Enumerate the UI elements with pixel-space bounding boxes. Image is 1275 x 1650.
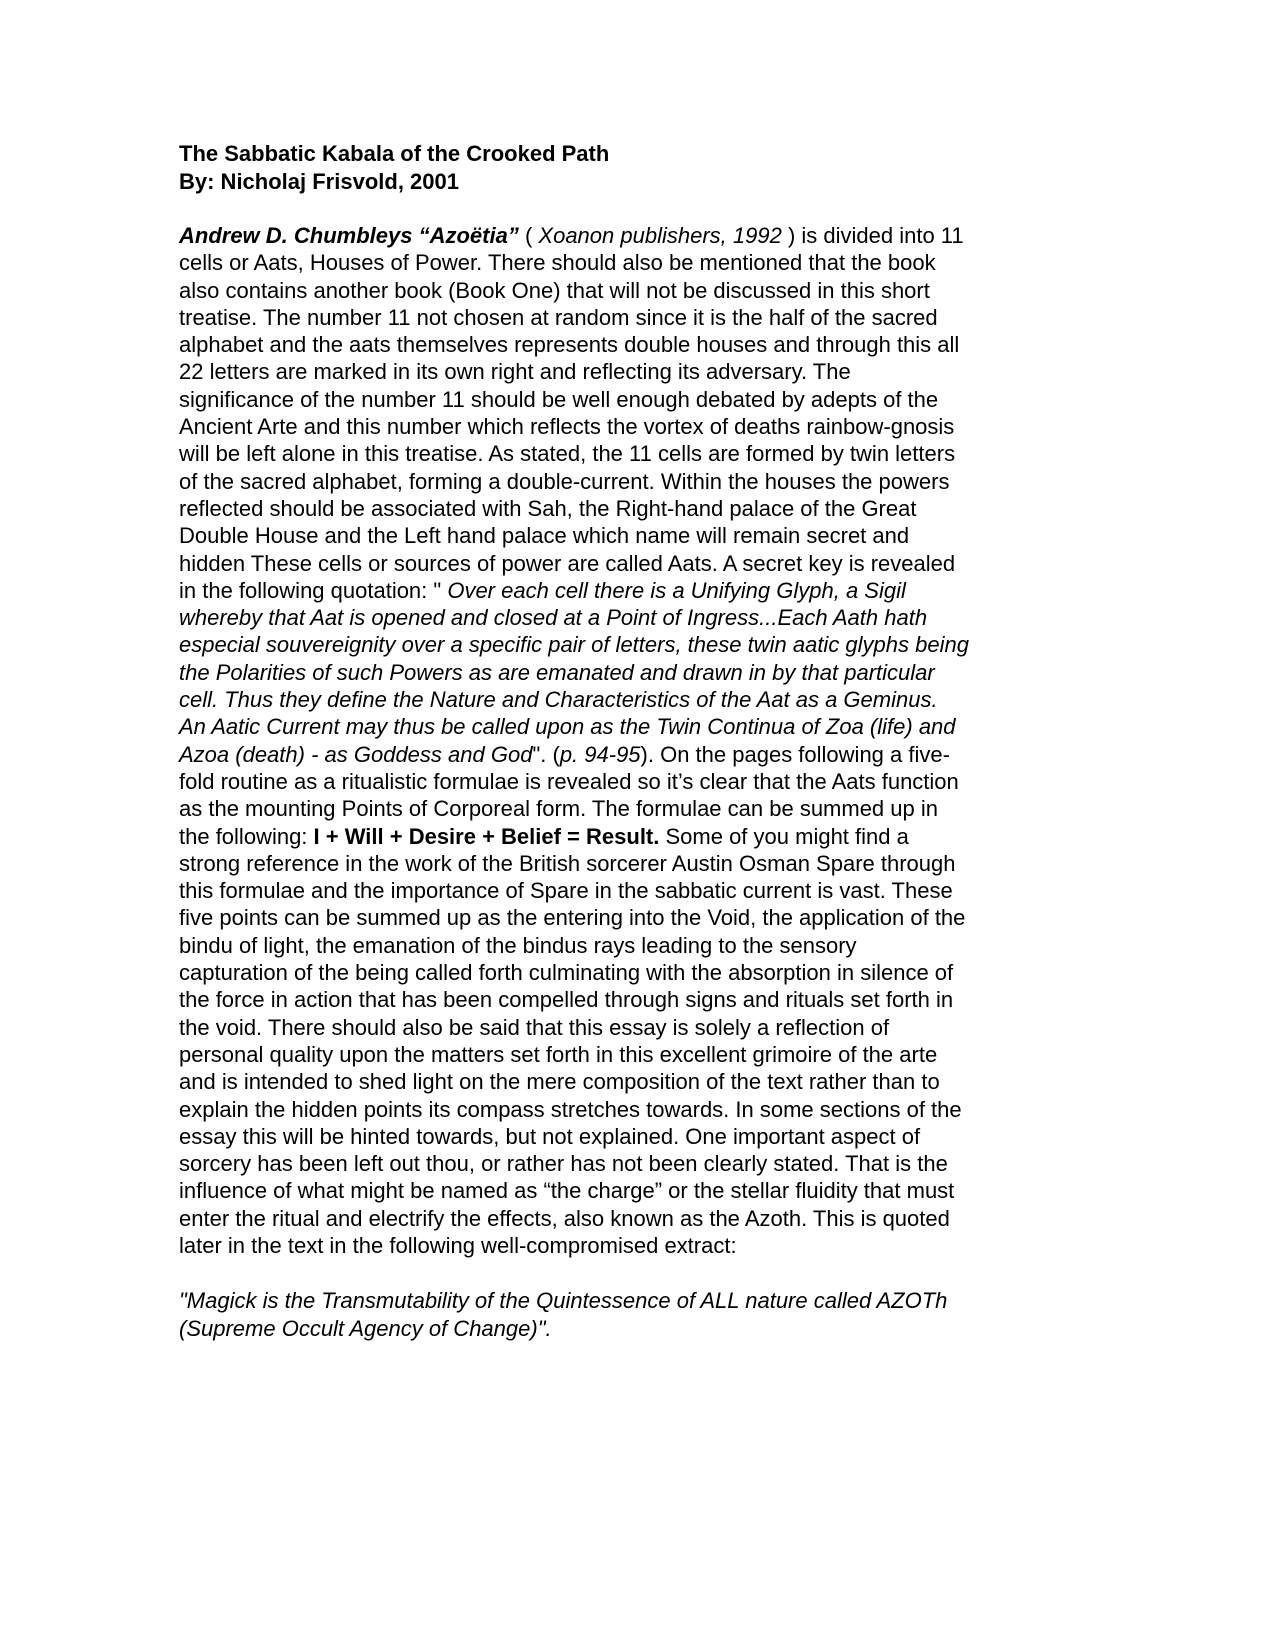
text-run: cell. Thus they define the Nature and Ch… — [179, 687, 938, 712]
text-line: 22 letters are marked in its own right a… — [179, 358, 1059, 385]
text-run: reflected should be associated with Sah,… — [179, 496, 916, 521]
text-run: bindu of light, the emanation of the bin… — [179, 933, 857, 958]
text-run: five points can be summed up as the ente… — [179, 905, 965, 930]
text-line: will be left alone in this treatise. As … — [179, 440, 1059, 467]
text-run: ". ( — [532, 742, 559, 767]
text-run: Ancient Arte and this number which refle… — [179, 414, 954, 439]
text-run: cells or Aats, Houses of Power. There sh… — [179, 250, 936, 275]
text-run: ) is divided into 11 — [782, 223, 964, 248]
text-line: personal quality upon the matters set fo… — [179, 1041, 1059, 1068]
text-line: also contains another book (Book One) th… — [179, 277, 1059, 304]
text-run: will be left alone in this treatise. As … — [179, 441, 955, 466]
text-run: hidden These cells or sources of power a… — [179, 551, 955, 576]
text-line: Double House and the Left hand palace wh… — [179, 522, 1059, 549]
text-line: the Polarities of such Powers as are ema… — [179, 659, 1059, 686]
text-run: strong reference in the work of the Brit… — [179, 851, 956, 876]
text-run: treatise. The number 11 not chosen at ra… — [179, 305, 938, 330]
text-run: significance of the number 11 should be … — [179, 387, 938, 412]
text-line: essay this will be hinted towards, but n… — [179, 1123, 1059, 1150]
text-run: fold routine as a ritualistic formulae i… — [179, 769, 959, 794]
text-line: influence of what might be named as “the… — [179, 1177, 1059, 1204]
text-line: this formulae and the importance of Spar… — [179, 877, 1059, 904]
text-line: Andrew D. Chumbleys “Azoëtia” ( Xoanon p… — [179, 222, 1059, 249]
text-line: Ancient Arte and this number which refle… — [179, 413, 1059, 440]
document-page: The Sabbatic Kabala of the Crooked Path … — [179, 140, 1059, 1342]
text-line: enter the ritual and electrify the effec… — [179, 1205, 1059, 1232]
text-line: of the sacred alphabet, forming a double… — [179, 468, 1059, 495]
text-run: influence of what might be named as “the… — [179, 1178, 954, 1203]
text-line: as the mounting Points of Corporeal form… — [179, 795, 1059, 822]
text-line: treatise. The number 11 not chosen at ra… — [179, 304, 1059, 331]
text-run: p. 94-95 — [560, 742, 641, 767]
text-run: the Polarities of such Powers as are ema… — [179, 660, 935, 685]
text-run: An Aatic Current may thus be called upon… — [179, 714, 956, 739]
text-run: Xoanon publishers, 1992 — [538, 223, 781, 248]
text-run: ). On the pages following a five- — [641, 742, 950, 767]
text-run: whereby that Aat is opened and closed at… — [179, 605, 927, 630]
text-line: hidden These cells or sources of power a… — [179, 550, 1059, 577]
text-line: capturation of the being called forth cu… — [179, 959, 1059, 986]
text-line: cell. Thus they define the Nature and Ch… — [179, 686, 1059, 713]
quote-line: (Supreme Occult Agency of Change)". — [179, 1315, 1059, 1342]
text-line: in the following quotation: " Over each … — [179, 577, 1059, 604]
text-line: fold routine as a ritualistic formulae i… — [179, 768, 1059, 795]
title-block: The Sabbatic Kabala of the Crooked Path … — [179, 140, 1059, 196]
text-run: the force in action that has been compel… — [179, 987, 953, 1012]
text-run: explain the hidden points its compass st… — [179, 1097, 962, 1122]
text-run: later in the text in the following well-… — [179, 1233, 737, 1258]
text-line: the force in action that has been compel… — [179, 986, 1059, 1013]
text-run: Azoa (death) - as Goddess and God — [179, 742, 532, 767]
text-line: bindu of light, the emanation of the bin… — [179, 932, 1059, 959]
text-run: essay this will be hinted towards, but n… — [179, 1124, 920, 1149]
text-run: Double House and the Left hand palace wh… — [179, 523, 909, 548]
document-title: The Sabbatic Kabala of the Crooked Path — [179, 140, 1059, 168]
text-line: later in the text in the following well-… — [179, 1232, 1059, 1259]
text-run: as the mounting Points of Corporeal form… — [179, 796, 938, 821]
text-run: I + Will + Desire + Belief = Result. — [314, 824, 660, 849]
text-line: sorcery has been left out thou, or rathe… — [179, 1150, 1059, 1177]
text-line: strong reference in the work of the Brit… — [179, 850, 1059, 877]
text-run: 22 letters are marked in its own right a… — [179, 359, 851, 384]
text-run: the void. There should also be said that… — [179, 1015, 889, 1040]
text-run: in the following quotation: " — [179, 578, 447, 603]
text-line: the void. There should also be said that… — [179, 1014, 1059, 1041]
text-run: the following: — [179, 824, 314, 849]
quote-line: "Magick is the Transmutability of the Qu… — [179, 1287, 1059, 1314]
text-run: personal quality upon the matters set fo… — [179, 1042, 937, 1067]
text-run: capturation of the being called forth cu… — [179, 960, 953, 985]
text-line: and is intended to shed light on the mer… — [179, 1068, 1059, 1095]
text-line: alphabet and the aats themselves represe… — [179, 331, 1059, 358]
text-line: explain the hidden points its compass st… — [179, 1096, 1059, 1123]
text-line: the following: I + Will + Desire + Belie… — [179, 823, 1059, 850]
text-run: especial souvereignity over a specific p… — [179, 632, 969, 657]
text-line: whereby that Aat is opened and closed at… — [179, 604, 1059, 631]
text-run: this formulae and the importance of Spar… — [179, 878, 953, 903]
text-line: five points can be summed up as the ente… — [179, 904, 1059, 931]
body-paragraph: Andrew D. Chumbleys “Azoëtia” ( Xoanon p… — [179, 222, 1059, 1259]
text-run: also contains another book (Book One) th… — [179, 278, 930, 303]
text-run: of the sacred alphabet, forming a double… — [179, 469, 949, 494]
closing-quotation: "Magick is the Transmutability of the Qu… — [179, 1287, 1059, 1342]
text-run: Andrew D. Chumbleys “Azoëtia” — [179, 223, 519, 248]
text-line: significance of the number 11 should be … — [179, 386, 1059, 413]
text-run: Some of you might find a — [659, 824, 908, 849]
text-run: and is intended to shed light on the mer… — [179, 1069, 940, 1094]
text-line: An Aatic Current may thus be called upon… — [179, 713, 1059, 740]
document-byline: By: Nicholaj Frisvold, 2001 — [179, 168, 1059, 196]
text-run: Over each cell there is a Unifying Glyph… — [447, 578, 906, 603]
text-run: ( — [519, 223, 539, 248]
text-run: sorcery has been left out thou, or rathe… — [179, 1151, 948, 1176]
text-run: alphabet and the aats themselves represe… — [179, 332, 959, 357]
text-run: enter the ritual and electrify the effec… — [179, 1206, 950, 1231]
text-line: especial souvereignity over a specific p… — [179, 631, 1059, 658]
text-line: reflected should be associated with Sah,… — [179, 495, 1059, 522]
text-line: cells or Aats, Houses of Power. There sh… — [179, 249, 1059, 276]
text-line: Azoa (death) - as Goddess and God". (p. … — [179, 741, 1059, 768]
